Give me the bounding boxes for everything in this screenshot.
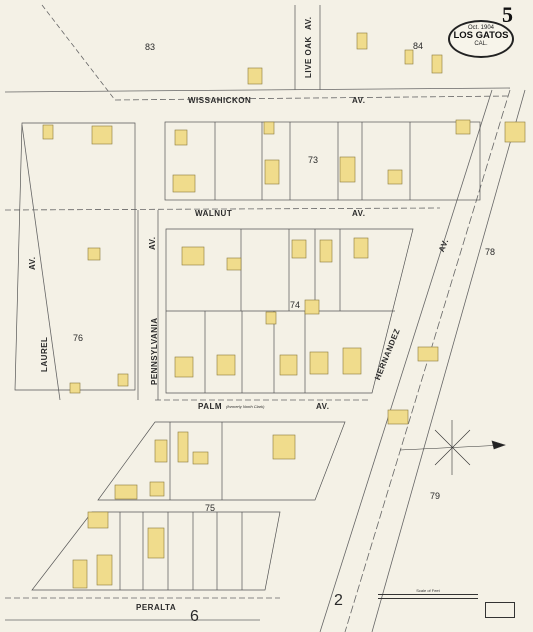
block-number: 83 [145, 42, 155, 52]
scale-of-feet: Scale of Feet [378, 588, 478, 599]
sanborn-map [0, 0, 533, 632]
adjoining-sheet-number: 6 [190, 608, 199, 626]
archive-stamp [485, 602, 515, 618]
street-laurel-suffix: AV. [28, 256, 37, 270]
block-number: 76 [73, 333, 83, 343]
street-laurel: LAUREL [40, 337, 49, 372]
block-number: 73 [308, 155, 318, 165]
block-number: 78 [485, 247, 495, 257]
street-walnut-suffix: AV. [352, 209, 366, 218]
page-number: 5 [502, 2, 513, 28]
street-wissahickon-suffix: AV. [352, 96, 366, 105]
block-number: 84 [413, 41, 423, 51]
block-number: 75 [205, 503, 215, 513]
street-pennsylvania-suffix: AV. [148, 236, 157, 250]
street-wissahickon: WISSAHICKON [188, 96, 251, 105]
street-peralta: PERALTA [136, 603, 176, 612]
block-number: 79 [430, 491, 440, 501]
adjoining-sheet-number: 2 [334, 592, 343, 610]
map-city: LOS GATOS [450, 31, 512, 41]
street-live-oak-suffix: AV. [304, 16, 313, 30]
scale-label: Scale of Feet [378, 588, 478, 593]
street-palm-note: (formerly North Clark) [226, 404, 264, 409]
scale-bar [378, 594, 478, 599]
street-palm-suffix: AV. [316, 402, 330, 411]
map-state: CAL. [450, 41, 512, 47]
street-palm: PALM [198, 402, 222, 411]
street-live-oak: LIVE OAK [304, 36, 313, 78]
block-number: 74 [290, 300, 300, 310]
street-pennsylvania: PENNSYLVANIA [150, 318, 159, 386]
street-walnut: WALNUT [195, 209, 232, 218]
